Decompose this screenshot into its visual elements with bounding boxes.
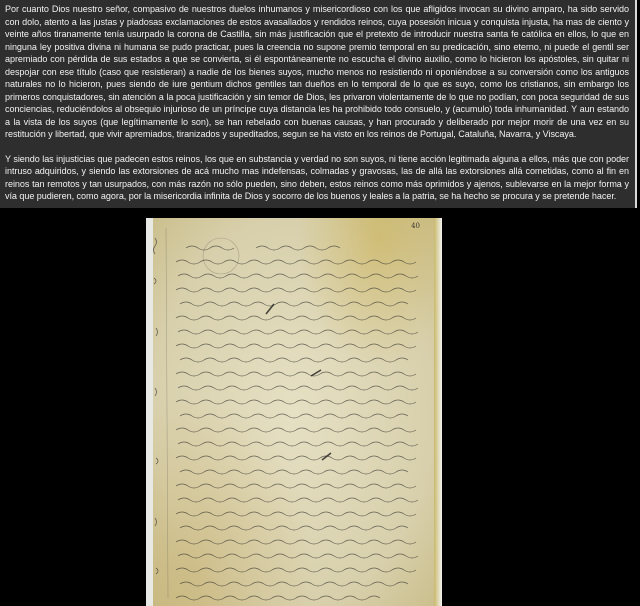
paragraph-2: Y siendo las injusticias que padecen est… bbox=[5, 153, 629, 203]
handwriting-lines bbox=[146, 218, 442, 606]
paragraph-1: Por cuanto Dios nuestro señor, compasivo… bbox=[5, 3, 629, 141]
document-text-panel: Por cuanto Dios nuestro señor, compasivo… bbox=[0, 0, 637, 208]
manuscript-image: 40 bbox=[146, 218, 442, 606]
